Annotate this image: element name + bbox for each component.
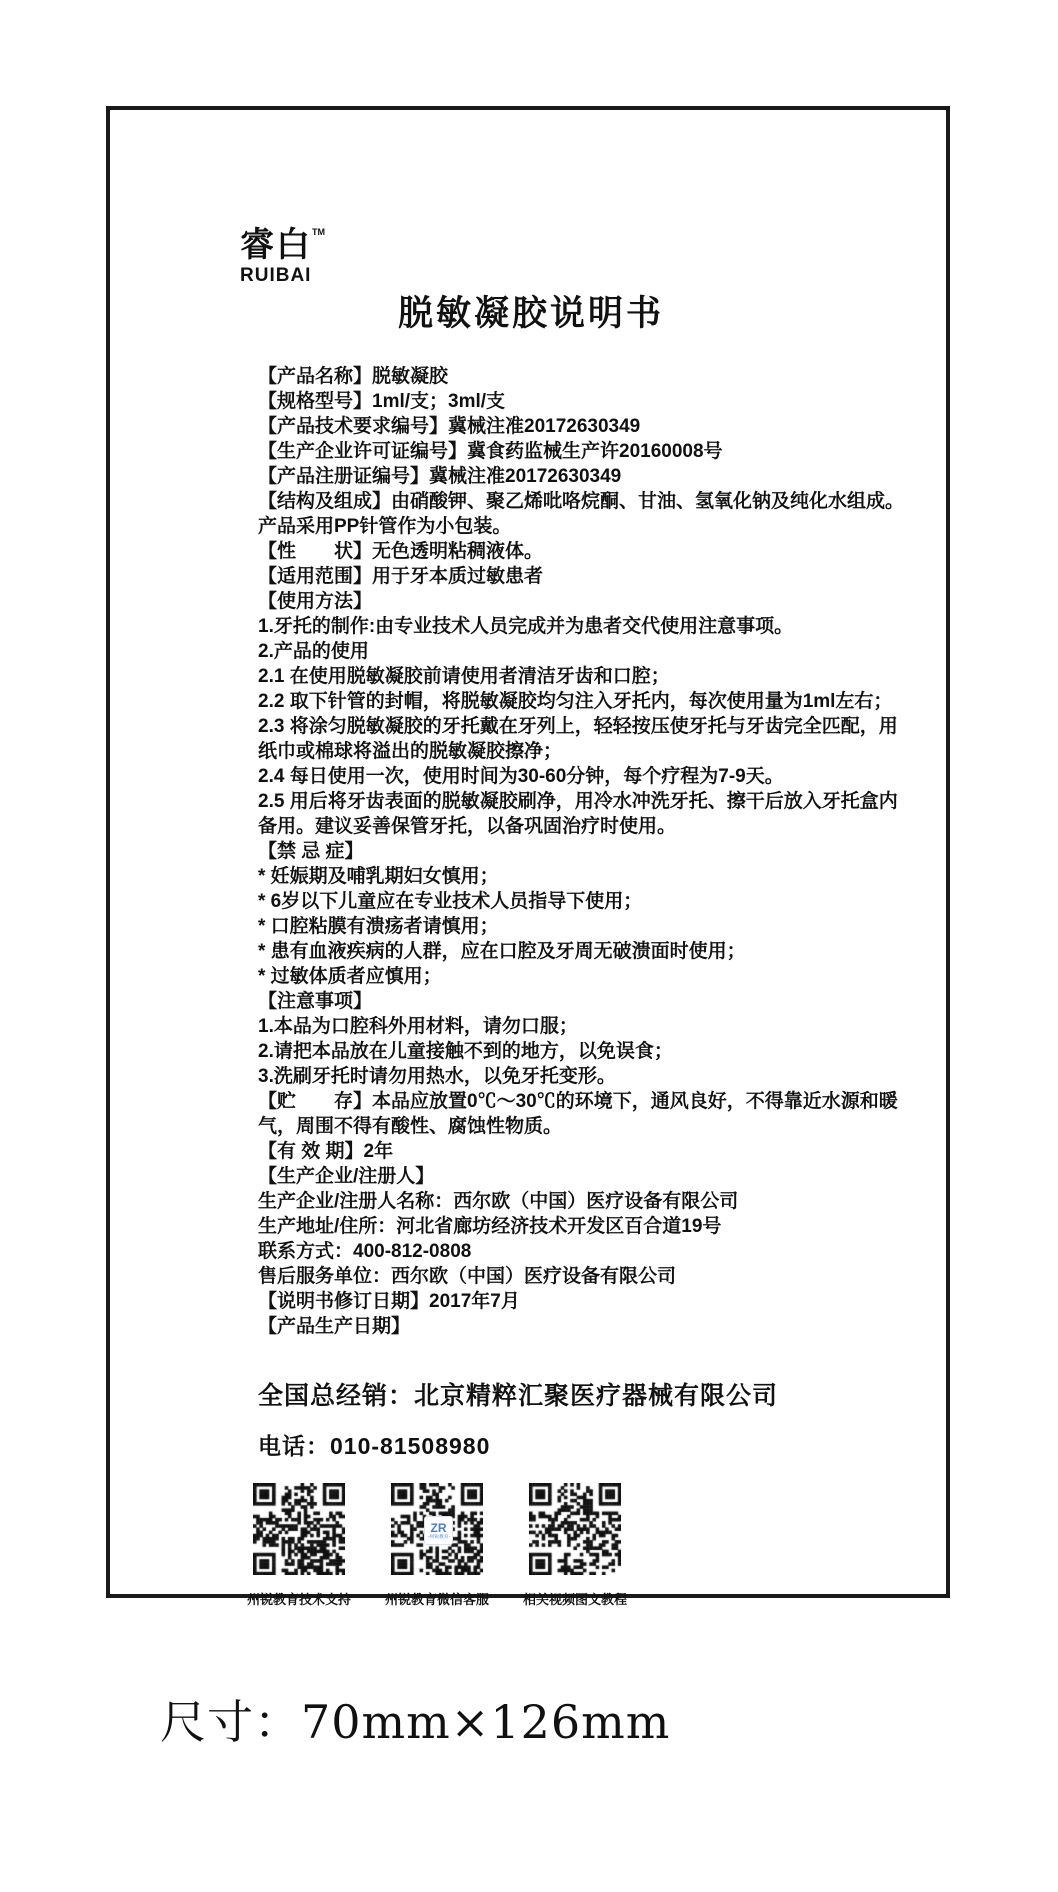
instruction-line: 2.请把本品放在儿童接触不到的地方，以免误食； (258, 1039, 910, 1064)
instruction-line: 【产品注册证编号】冀械注准20172630349 (258, 464, 910, 489)
instruction-line: * 患有血液疾病的人群，应在口腔及牙周无破溃面时使用； (258, 939, 910, 964)
qr-item-tech-support: 州锐教育技术支持 (253, 1483, 345, 1608)
instruction-line: 【说明书修订日期】2017年7月 (258, 1289, 910, 1314)
instruction-line: 【使用方法】 (258, 589, 910, 614)
instruction-line: 【结构及组成】由硝酸钾、聚乙烯吡咯烷酮、甘油、氢氧化钠及纯化水组成。产品采用PP… (258, 489, 910, 539)
brand-name-cn: 睿白TM (240, 228, 325, 262)
qr-code-tech-support (253, 1483, 345, 1575)
zr-logo-text: ZR (431, 1522, 447, 1534)
instruction-line: 联系方式：400-812-0808 (258, 1239, 910, 1264)
distributor-phone: 电话：010-81508980 (258, 1428, 490, 1461)
instruction-line: 【规格型号】1ml/支；3ml/支 (258, 389, 910, 414)
qr-item-video-tutorial: 相关视频图文教程 (529, 1483, 621, 1608)
instruction-body: 【产品名称】脱敏凝胶 【规格型号】1ml/支；3ml/支 【产品技术要求编号】冀… (258, 364, 910, 1339)
document-title: 脱敏凝胶说明书 (258, 286, 908, 336)
instruction-line: 【适用范围】用于牙本质过敏患者 (258, 564, 910, 589)
instruction-line: 【生产企业/注册人】 (258, 1164, 910, 1189)
instruction-line: 【生产企业许可证编号】冀食药监械生产许20160008号 (258, 439, 910, 464)
brand-logo: 睿白TM RUIBAI (240, 228, 325, 285)
qr-row: 州锐教育技术支持 ZR -州锐教育- 州锐教育微信客服 相关视频图文教程 (253, 1483, 621, 1608)
dimension-note: 尺寸：70mm×126mm (160, 1686, 640, 1752)
trademark-symbol: TM (312, 227, 325, 237)
instruction-line: 3.洗刷牙托时请勿用热水，以免牙托变形。 (258, 1064, 910, 1089)
qr-caption: 州锐教育技术支持 (247, 1589, 351, 1608)
instruction-line: 1.本品为口腔科外用材料，请勿口服； (258, 1014, 910, 1039)
page: 睿白TM RUIBAI 脱敏凝胶说明书 【产品名称】脱敏凝胶 【规格型号】1ml… (0, 0, 1058, 1892)
instruction-line: 生产企业/注册人名称：西尔欧（中国）医疗设备有限公司 (258, 1189, 910, 1214)
qr-caption: 相关视频图文教程 (523, 1589, 627, 1608)
instruction-line: 【注意事项】 (258, 989, 910, 1014)
brand-name-cn-text: 睿白 (240, 226, 312, 264)
instruction-line: * 妊娠期及哺乳期妇女慎用； (258, 864, 910, 889)
qr-caption: 州锐教育微信客服 (385, 1589, 489, 1608)
qr-code-video-tutorial (529, 1483, 621, 1575)
distributor-line: 全国总经销：北京精粹汇聚医疗器械有限公司 (258, 1376, 778, 1412)
instruction-line: 【禁 忌 症】 (258, 839, 910, 864)
instruction-line: 1.牙托的制作:由专业技术人员完成并为患者交代使用注意事项。 (258, 614, 910, 639)
instruction-line: 售后服务单位：西尔欧（中国）医疗设备有限公司 (258, 1264, 910, 1289)
instruction-line: 【产品技术要求编号】冀械注准20172630349 (258, 414, 910, 439)
instruction-line: 【贮 存】本品应放置0℃～30℃的环境下，通风良好，不得靠近水源和暖气，周围不得… (258, 1089, 910, 1139)
instruction-line: * 6岁以下儿童应在专业技术人员指导下使用； (258, 889, 910, 914)
instruction-sheet-frame: 睿白TM RUIBAI 脱敏凝胶说明书 【产品名称】脱敏凝胶 【规格型号】1ml… (106, 106, 950, 1598)
instruction-line: 【有 效 期】2年 (258, 1139, 910, 1164)
instruction-line: 【性 状】无色透明粘稠液体。 (258, 539, 910, 564)
instruction-line: 2.5 用后将牙齿表面的脱敏凝胶刷净，用冷水冲洗牙托、擦干后放入牙托盒内备用。建… (258, 789, 910, 839)
qr-item-wechat-service: ZR -州锐教育- 州锐教育微信客服 (391, 1483, 483, 1608)
instruction-line: 2.2 取下针管的封帽，将脱敏凝胶均匀注入牙托内，每次使用量为1ml左右； (258, 689, 910, 714)
zr-logo: ZR -州锐教育- (424, 1516, 453, 1545)
brand-name-en: RUIBAI (240, 266, 325, 285)
instruction-line: 2.1 在使用脱敏凝胶前请使用者清洁牙齿和口腔； (258, 664, 910, 689)
instruction-line: 生产地址/住所：河北省廊坊经济技术开发区百合道19号 (258, 1214, 910, 1239)
zr-logo-subtext: -州锐教育- (427, 1534, 449, 1539)
instruction-line: 2.3 将涂匀脱敏凝胶的牙托戴在牙列上，轻轻按压使牙托与牙齿完全匹配，用纸巾或棉… (258, 714, 910, 764)
instruction-line: * 过敏体质者应慎用； (258, 964, 910, 989)
instruction-line: 2.4 每日使用一次，使用时间为30-60分钟，每个疗程为7-9天。 (258, 764, 910, 789)
instruction-line: 2.产品的使用 (258, 639, 910, 664)
instruction-line: 【产品生产日期】 (258, 1314, 910, 1339)
instruction-line: 【产品名称】脱敏凝胶 (258, 364, 910, 389)
instruction-line: * 口腔粘膜有溃疡者请慎用； (258, 914, 910, 939)
